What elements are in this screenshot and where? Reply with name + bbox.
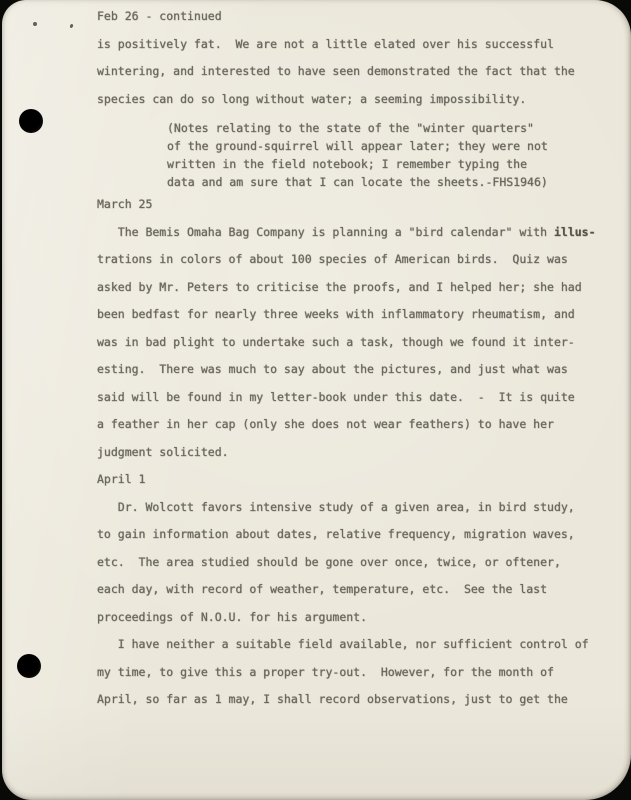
punch-hole-top [19, 109, 43, 133]
text-line: said will be found in my letter-book und… [97, 384, 631, 412]
text-line: April, so far as 1 may, I shall record o… [97, 686, 631, 714]
ink-speck [69, 24, 73, 29]
scan-photo: Feb 26 - continuedis positively fat. We … [0, 0, 631, 800]
text-line: I have neither a suitable field availabl… [97, 631, 631, 659]
text-block-note: (Notes relating to the state of the "win… [167, 119, 631, 191]
punch-hole-bottom [17, 654, 41, 678]
text-line: April 1 [97, 466, 631, 494]
text-line: (Notes relating to the state of the "win… [167, 119, 631, 137]
text-line: judgment solicited. [97, 439, 631, 467]
paper-page: Feb 26 - continuedis positively fat. We … [2, 0, 631, 800]
text-line: March 25 [97, 191, 631, 219]
text-line: data and am sure that I can locate the s… [167, 173, 631, 191]
ink-speck [33, 22, 37, 26]
text-line: written in the field notebook; I remembe… [167, 155, 631, 173]
text-line: asked by Mr. Peters to criticise the pro… [97, 274, 631, 302]
text-line: my time, to give this a proper try-out. … [97, 659, 631, 687]
text-line: is positively fat. We are not a little e… [97, 31, 631, 59]
text-line: a feather in her cap (only she does not … [97, 411, 631, 439]
text-block-body: March 25 The Bemis Omaha Bag Company is … [97, 191, 631, 466]
text-line: each day, with record of weather, temper… [97, 576, 631, 604]
text-line: wintering, and interested to have seen d… [97, 58, 631, 86]
text-line: of the ground-squirrel will appear later… [167, 137, 631, 155]
text-line: Dr. Wolcott favors intensive study of a … [97, 494, 631, 522]
typewritten-text: Feb 26 - continuedis positively fat. We … [97, 0, 631, 714]
text-line: trations in colors of about 100 species … [97, 246, 631, 274]
text-line: to gain information about dates, relativ… [97, 521, 631, 549]
text-block-body: April 1 Dr. Wolcott favors intensive stu… [97, 466, 631, 714]
text-line: Feb 26 - continued [97, 3, 631, 31]
text-block-body: Feb 26 - continuedis positively fat. We … [97, 3, 631, 113]
text-line: esting. There was much to say about the … [97, 356, 631, 384]
text-line: The Bemis Omaha Bag Company is planning … [97, 219, 631, 247]
text-line: was in bad plight to undertake such a ta… [97, 329, 631, 357]
text-line: species can do so long without water; a … [97, 86, 631, 114]
text-line: proceedings of N.O.U. for his argument. [97, 604, 631, 632]
text-line: etc. The area studied should be gone ove… [97, 549, 631, 577]
text-line: been bedfast for nearly three weeks with… [97, 301, 631, 329]
